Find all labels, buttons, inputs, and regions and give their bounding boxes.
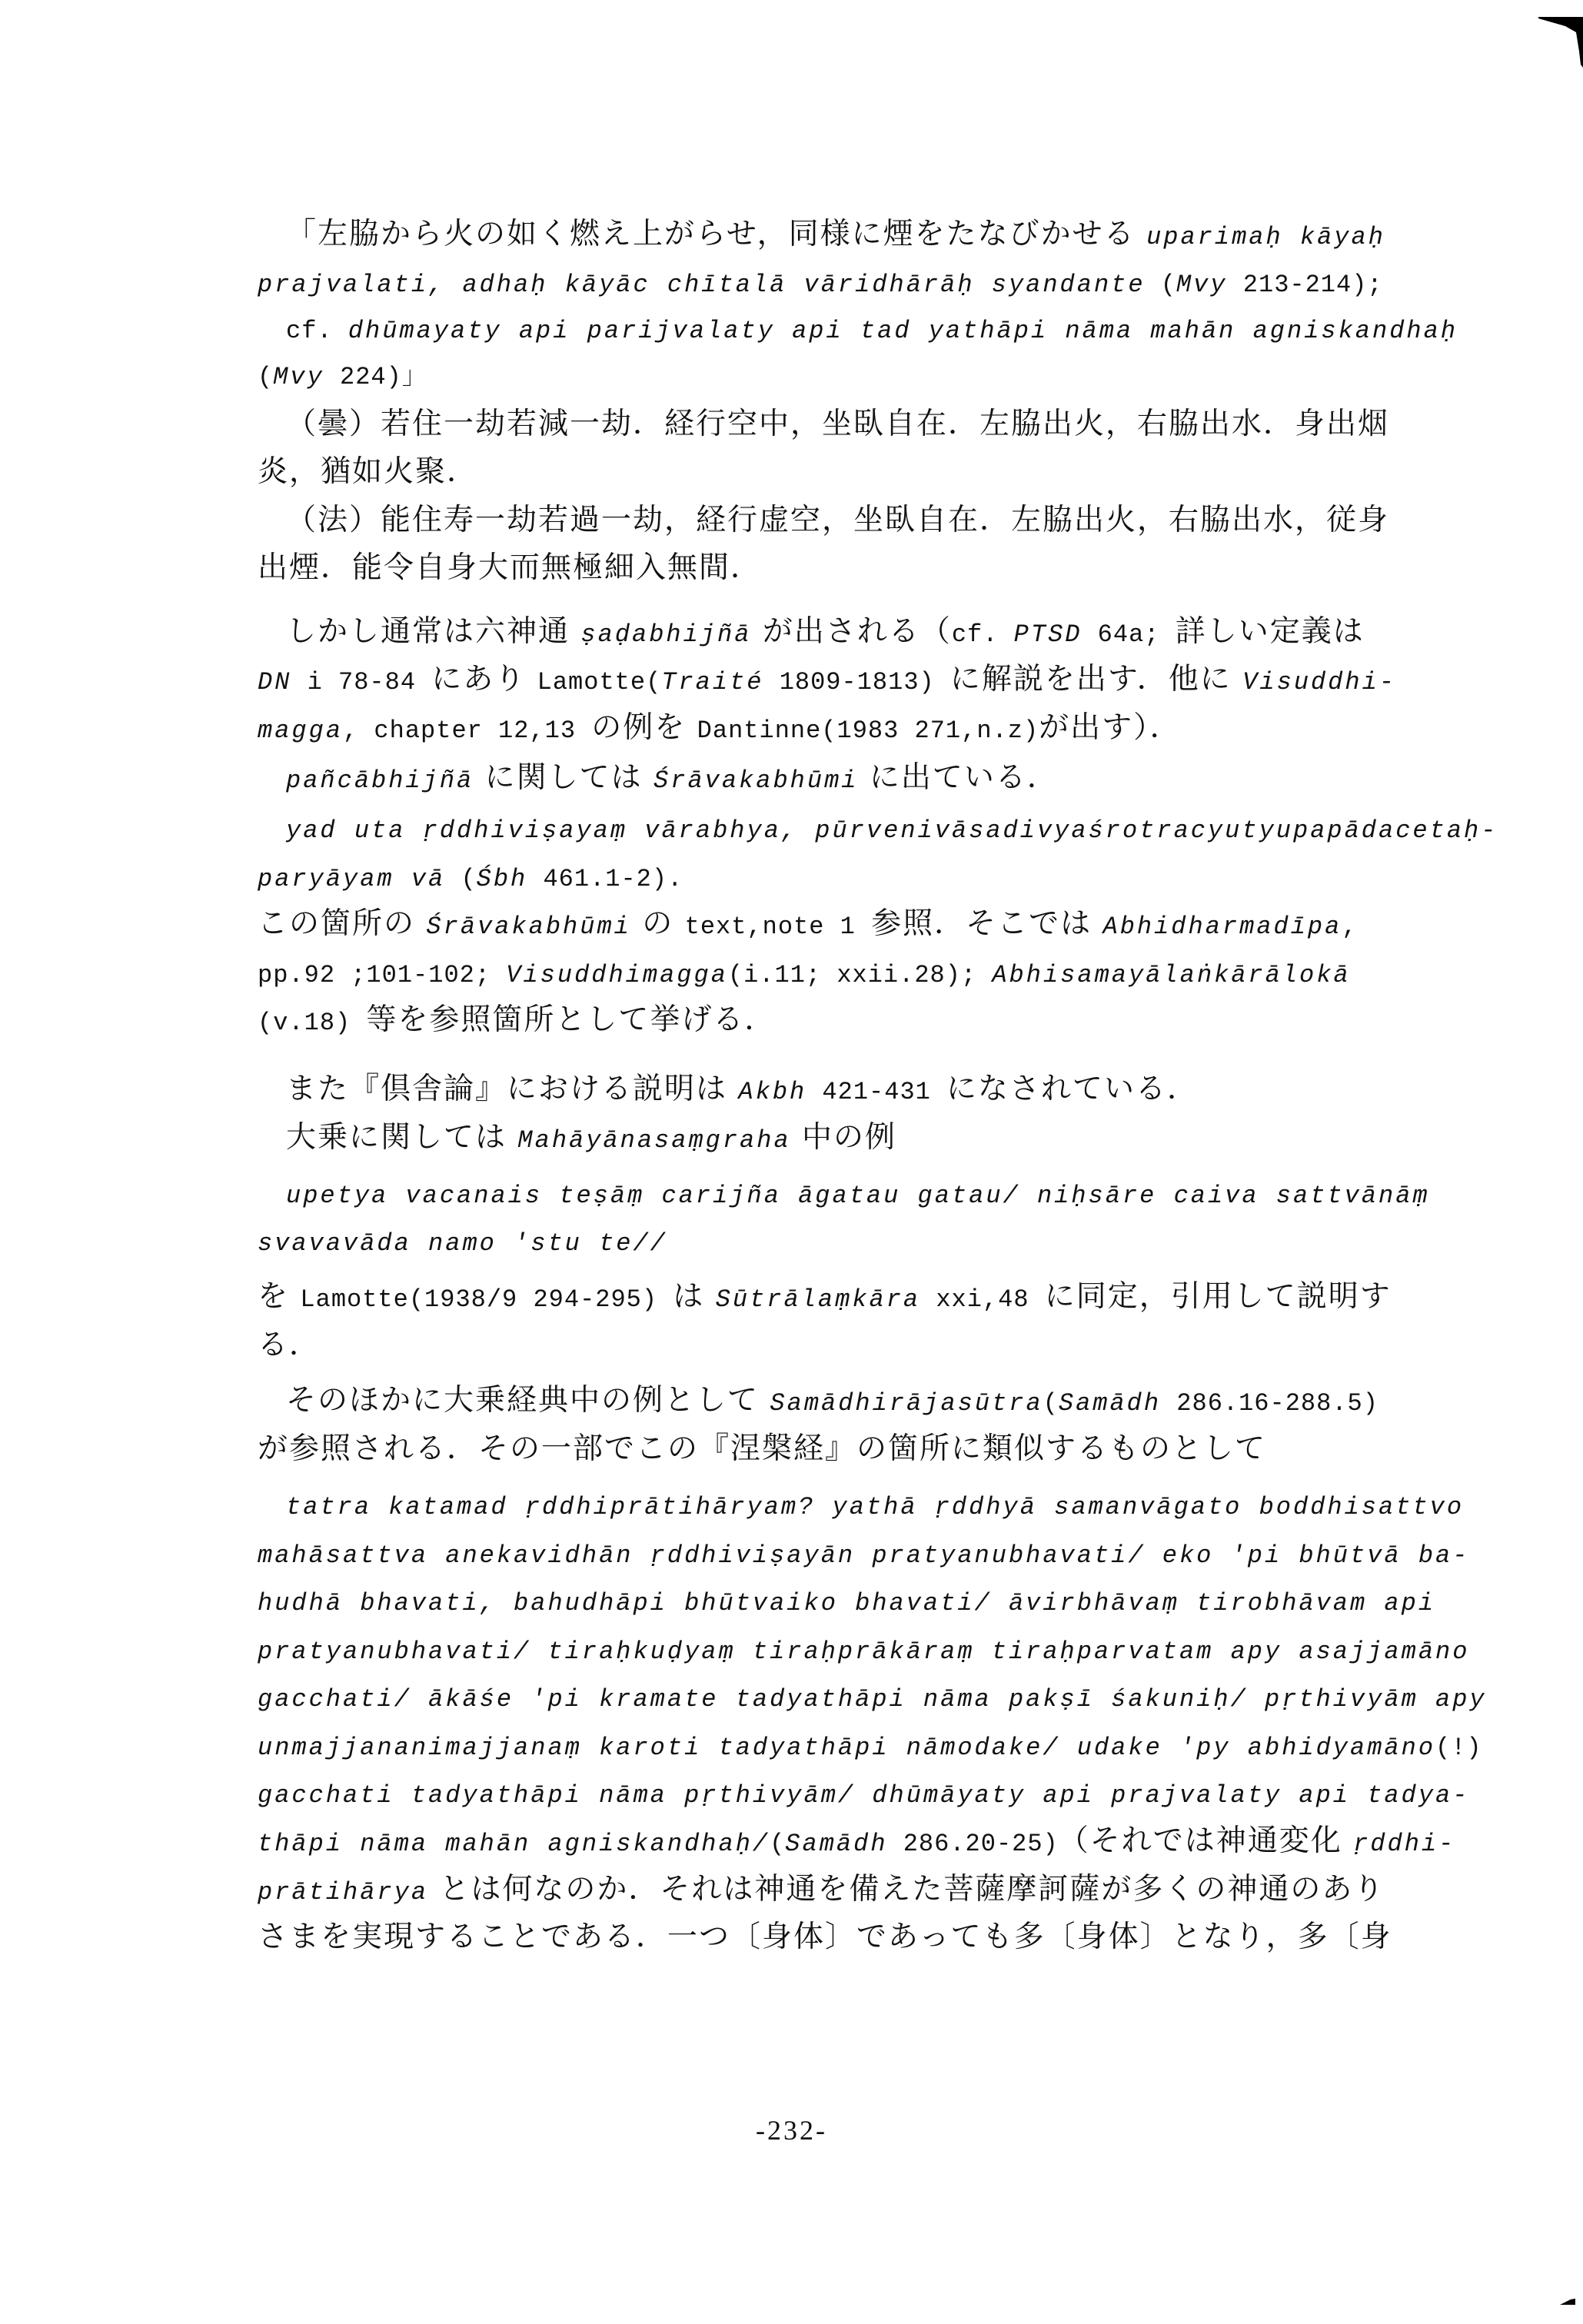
sanskrit-italic-text: svavavāda namo 'stu te//: [258, 1229, 667, 1258]
scan-edge-mark-icon: [1560, 2299, 1575, 2305]
text-line: 炎，猶如火聚．: [258, 455, 478, 489]
japanese-text: は: [673, 1279, 715, 1314]
japanese-text: が参照される．その一部でこの『涅槃経』の箇所に類似するものとして: [258, 1431, 1266, 1466]
text-line: thāpi nāma mahān agniskandhaḥ/(Samādh 28…: [258, 1824, 1455, 1861]
text-line: svavavāda namo 'stu te//: [258, 1224, 667, 1261]
text-line: を Lamotte(1938/9 294-295) は Sūtrālaṃkāra…: [258, 1280, 1392, 1317]
japanese-text: 詳しい定義は: [1176, 614, 1365, 649]
japanese-text: しかし通常は六神通: [286, 614, 580, 649]
text-line: しかし通常は六神通 ṣaḍabhijñā が出される（cf. PTSD 64a;…: [286, 615, 1365, 652]
sanskrit-italic-text: Visuddhi-: [1242, 668, 1396, 697]
sanskrit-italic-text: Samādhirājasūtra: [770, 1389, 1043, 1418]
japanese-text: （曇）若住一劫若減一劫．経行空中，坐臥自在．左脇出火，右脇出水．身出烟: [286, 407, 1389, 441]
roman-text: , chapter 12,13: [343, 716, 591, 745]
japanese-text: 大乗に関しては: [286, 1120, 517, 1155]
text-line: この箇所の Śrāvakabhūmi の text,note 1 参照．そこでは…: [258, 907, 1358, 944]
text-line: (v.18) 等を参照箇所として挙げる．: [258, 1003, 776, 1040]
sanskrit-italic-text: unmajjananimajjanaṃ karoti tadyathāpi nā…: [258, 1734, 1435, 1762]
sanskrit-italic-text: Akbh: [738, 1078, 806, 1106]
sanskrit-italic-text: Samādh: [785, 1830, 887, 1858]
text-line: upetya vacanais teṣāṃ carijña āgatau gat…: [286, 1176, 1430, 1213]
japanese-text: に関しては: [474, 760, 653, 795]
roman-text: 1809-1813): [763, 668, 949, 697]
text-line: cf. dhūmayaty api parijvalaty api tad ya…: [286, 311, 1458, 348]
text-line: （曇）若住一劫若減一劫．経行空中，坐臥自在．左脇出火，右脇出水．身出烟: [286, 407, 1389, 441]
page-number: -232-: [0, 2114, 1583, 2146]
japanese-text: に解説を出す．他に: [950, 662, 1242, 697]
roman-text: cf.: [952, 620, 1014, 649]
sanskrit-italic-text: Mvy: [1176, 271, 1228, 299]
sanskrit-italic-text: PTSD: [1014, 620, 1082, 649]
japanese-text: 等を参照箇所として挙げる．: [366, 1002, 776, 1037]
roman-text: xxi,48: [920, 1285, 1045, 1314]
text-line: さまを実現することである．一つ〔身体〕であっても多〔身体〕となり，多〔身: [258, 1920, 1392, 1954]
sanskrit-italic-text: yad uta ṛddhiviṣayaṃ vārabhya, pūrvenivā…: [286, 816, 1498, 845]
roman-text: (: [1043, 1389, 1059, 1418]
japanese-text: （それでは神通変化: [1059, 1824, 1353, 1858]
text-line: prajvalati, adhaḥ kāyāc chītalā vāridhār…: [258, 265, 1383, 302]
roman-text: 461.1-2).: [527, 865, 683, 893]
text-line: (Mvy 224)」: [258, 357, 427, 394]
japanese-text: にあり: [431, 662, 537, 697]
sanskrit-italic-text: paryāyam vā: [258, 865, 445, 893]
sanskrit-italic-text: pañcābhijñā: [286, 766, 474, 795]
text-line: 出煙．能令自身大而無極細入無間．: [258, 551, 762, 585]
sanskrit-italic-text: Samādh: [1059, 1389, 1161, 1418]
japanese-text: 中の例: [791, 1120, 896, 1155]
japanese-text: の例を: [591, 710, 697, 745]
text-line: また『倶舎論』における説明は Akbh 421-431 になされている．: [286, 1072, 1199, 1109]
text-line: pratyanubhavati/ tiraḥkuḍyaṃ tiraḥprākār…: [258, 1632, 1469, 1669]
japanese-text: 「左脇から火の如く燃え上がらせ，同様に煙をたなびかせる: [286, 217, 1146, 251]
japanese-text: さまを実現することである．一つ〔身体〕であっても多〔身体〕となり，多〔身: [258, 1920, 1392, 1954]
text-line: yad uta ṛddhiviṣayaṃ vārabhya, pūrvenivā…: [286, 811, 1498, 848]
sanskrit-italic-text: ṛddhi-: [1353, 1830, 1455, 1858]
text-line: unmajjananimajjanaṃ karoti tadyathāpi nā…: [258, 1728, 1482, 1765]
text-line: hudhā bhavati, bahudhāpi bhūtvaiko bhava…: [258, 1584, 1435, 1621]
roman-text: 286.20-25): [888, 1830, 1059, 1858]
japanese-text: に出ている．: [858, 760, 1058, 795]
sanskrit-italic-text: Traité: [661, 668, 763, 697]
roman-text: (: [258, 363, 273, 391]
text-line: pañcābhijñā に関しては Śrāvakabhūmi に出ている．: [286, 761, 1059, 798]
roman-text: 224)」: [324, 363, 427, 391]
roman-text: (: [770, 1830, 785, 1858]
roman-text: 213-214);: [1228, 271, 1383, 299]
sanskrit-italic-text: thāpi nāma mahān agniskandhaḥ/: [258, 1830, 770, 1858]
japanese-text: とは何なのか．それは神通を備えた菩薩摩訶薩が多くの神通のあり: [428, 1872, 1385, 1907]
sanskrit-italic-text: upetya vacanais teṣāṃ carijña āgatau gat…: [286, 1182, 1430, 1210]
sanskrit-italic-text: Mvy: [273, 363, 324, 391]
sanskrit-italic-text: dhūmayaty api parijvalaty api tad yathāp…: [348, 317, 1458, 345]
japanese-text: 参照．そこでは: [871, 906, 1102, 941]
roman-text: Dantinne(1983 271,n.z): [697, 716, 1039, 745]
sanskrit-italic-text: hudhā bhavati, bahudhāpi bhūtvaiko bhava…: [258, 1589, 1435, 1617]
roman-text: Lamotte(: [537, 668, 662, 697]
japanese-text: る．: [258, 1328, 321, 1362]
text-line: 大乗に関しては Mahāyānasaṃgraha 中の例: [286, 1121, 896, 1158]
japanese-text: そのほかに大乗経典中の例として: [286, 1383, 770, 1418]
sanskrit-italic-text: mahāsattva anekavidhān ṛddhiviṣayān prat…: [258, 1541, 1469, 1570]
sanskrit-italic-text: gacchati tadyathāpi nāma pṛthivyām/ dhūm…: [258, 1781, 1469, 1810]
roman-text: 421-431: [806, 1078, 946, 1106]
text-line: gacchati tadyathāpi nāma pṛthivyām/ dhūm…: [258, 1776, 1469, 1813]
sanskrit-italic-text: prajvalati, adhaḥ kāyāc chītalā vāridhār…: [258, 271, 1146, 299]
sanskrit-italic-text: gacchati/ ākāśe 'pi kramate tadyathāpi n…: [258, 1685, 1487, 1714]
text-line: る．: [258, 1328, 321, 1362]
roman-text: i 78-84: [291, 668, 431, 697]
japanese-text: 炎，猶如火聚．: [258, 454, 478, 489]
scan-corner-mark-icon: [1538, 17, 1583, 68]
japanese-text: が出される（: [751, 614, 951, 649]
text-line: magga, chapter 12,13 の例を Dantinne(1983 2…: [258, 711, 1182, 748]
japanese-text: に同定，引用して説明す: [1045, 1279, 1392, 1314]
sanskrit-italic-text: Sūtrālaṃkāra: [716, 1285, 920, 1314]
japanese-text: の: [631, 906, 685, 941]
japanese-text: になされている．: [946, 1072, 1199, 1106]
japanese-text: この箇所の: [258, 906, 426, 941]
sanskrit-italic-text: magga: [258, 716, 343, 745]
japanese-text: （法）能住寿一劫若過一劫，経行虚空，坐臥自在．左脇出火，右脇出水，従身: [286, 503, 1389, 537]
sanskrit-italic-text: prātihārya: [258, 1878, 428, 1907]
sanskrit-italic-text: tatra katamad ṛddhiprātihāryam? yathā ṛd…: [286, 1493, 1464, 1521]
roman-text: ,: [1342, 913, 1357, 941]
sanskrit-italic-text: DN: [258, 668, 291, 697]
sanskrit-italic-text: Mahāyānasaṃgraha: [517, 1126, 790, 1155]
sanskrit-italic-text: Abhidharmadīpa: [1102, 913, 1342, 941]
japanese-text: また『倶舎論』における説明は: [286, 1072, 738, 1106]
text-line: pp.92 ;101-102; Visuddhimagga(i.11; xxii…: [258, 956, 1351, 992]
sanskrit-italic-text: Abhisamayālaṅkārālokā: [992, 961, 1350, 989]
roman-text: (!): [1435, 1734, 1482, 1762]
sanskrit-italic-text: Visuddhimagga: [506, 961, 728, 989]
text-line: mahāsattva anekavidhān ṛddhiviṣayān prat…: [258, 1536, 1469, 1573]
sanskrit-italic-text: ṣaḍabhijñā: [580, 620, 751, 649]
text-line: tatra katamad ṛddhiprātihāryam? yathā ṛd…: [286, 1488, 1464, 1524]
sanskrit-italic-text: Śbh: [477, 865, 528, 893]
sanskrit-italic-text: uparimaḥ kāyaḥ: [1146, 223, 1385, 251]
text-line: が参照される．その一部でこの『涅槃経』の箇所に類似するものとして: [258, 1432, 1266, 1466]
text-line: DN i 78-84 にあり Lamotte(Traité 1809-1813)…: [258, 663, 1396, 700]
text-line: （法）能住寿一劫若過一劫，経行虚空，坐臥自在．左脇出火，右脇出水，従身: [286, 504, 1389, 537]
roman-text: cf.: [286, 317, 348, 345]
roman-text: 64a;: [1082, 620, 1175, 649]
roman-text: (v.18): [258, 1009, 366, 1037]
roman-text: text,note 1: [685, 913, 871, 941]
roman-text: (i.11; xxii.28);: [728, 961, 992, 989]
sanskrit-italic-text: pratyanubhavati/ tiraḥkuḍyaṃ tiraḥprākār…: [258, 1637, 1469, 1666]
roman-text: (: [1146, 271, 1176, 299]
text-line: そのほかに大乗経典中の例として Samādhirājasūtra(Samādh …: [286, 1384, 1378, 1421]
text-line: paryāyam vā (Śbh 461.1-2).: [258, 859, 683, 896]
text-line: 「左脇から火の如く燃え上がらせ，同様に煙をたなびかせる uparimaḥ kāy…: [286, 218, 1385, 254]
roman-text: Lamotte(1938/9 294-295): [300, 1285, 673, 1314]
roman-text: pp.92 ;101-102;: [258, 961, 506, 989]
japanese-text: を: [258, 1279, 300, 1314]
sanskrit-italic-text: Śrāvakabhūmi: [653, 766, 858, 795]
roman-text: 286.16-288.5): [1161, 1389, 1378, 1418]
japanese-text: 出煙．能令自身大而無極細入無間．: [258, 550, 762, 585]
roman-text: (: [445, 865, 476, 893]
document-page: 「左脇から火の如く燃え上がらせ，同様に煙をたなびかせる uparimaḥ kāy…: [0, 0, 1583, 2324]
text-line: prātihārya とは何なのか．それは神通を備えた菩薩摩訶薩が多くの神通のあ…: [258, 1873, 1385, 1910]
text-line: gacchati/ ākāśe 'pi kramate tadyathāpi n…: [258, 1680, 1487, 1717]
sanskrit-italic-text: Śrāvakabhūmi: [426, 913, 630, 941]
japanese-text: が出す）．: [1039, 710, 1182, 745]
